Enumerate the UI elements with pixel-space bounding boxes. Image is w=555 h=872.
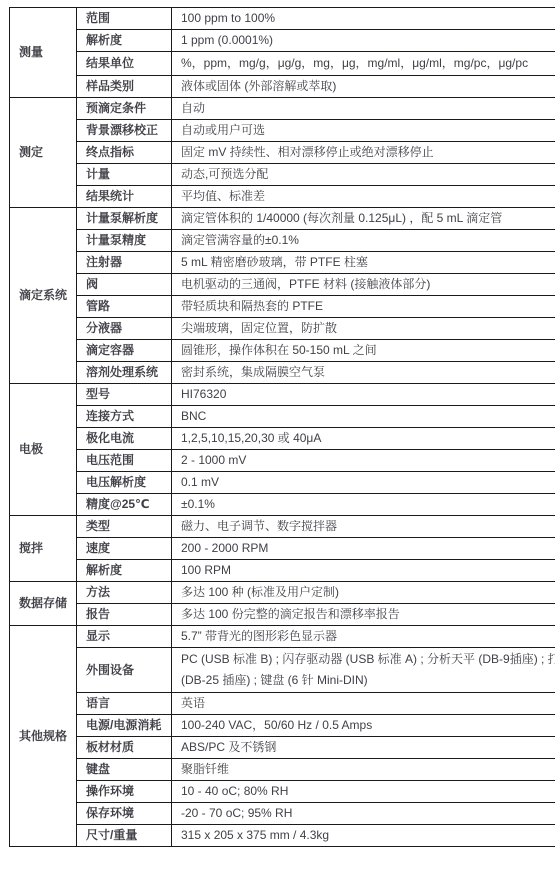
spec-value-cell: 密封系统，集成隔膜空气泵 (172, 362, 555, 384)
table-row: 测量 范围 100 ppm to 100% (10, 8, 555, 30)
spec-name-cell: 保存环境 (77, 803, 172, 825)
table-row: 其他规格 显示 5.7” 带背光的图形彩色显示器 (10, 626, 555, 648)
spec-name-cell: 溶剂处理系统 (77, 362, 172, 384)
spec-value-cell: 自动 (172, 98, 555, 120)
spec-value-cell: 自动或用户可选 (172, 120, 555, 142)
spec-value-cell: 滴定管体积的 1/40000 (每次剂量 0.125μL) ，配 5 mL 滴定… (172, 208, 555, 230)
spec-value-cell: 带轻质块和隔热套的 PTFE (172, 296, 555, 318)
table-row: 连接方式 BNC (10, 406, 555, 428)
spec-value-cell: PC (USB 标准 B) ; 闪存驱动器 (USB 标准 A) ; 分析天平 … (172, 648, 555, 693)
spec-name-cell: 型号 (77, 384, 172, 406)
spec-value-cell: 5.7” 带背光的图形彩色显示器 (172, 626, 555, 648)
table-row: 注射器 5 mL 精密磨砂玻璃，带 PTFE 柱塞 (10, 252, 555, 274)
table-row: 报告 多达 100 份完整的滴定报告和漂移率报告 (10, 604, 555, 626)
spec-sheet-page: 测量 范围 100 ppm to 100% 解析度 1 ppm (0.0001%… (0, 0, 555, 872)
spec-value-cell: 5 mL 精密磨砂玻璃，带 PTFE 柱塞 (172, 252, 555, 274)
spec-name-cell: 类型 (77, 516, 172, 538)
spec-name-cell: 极化电流 (77, 428, 172, 450)
spec-value-cell: ABS/PC 及不锈钢 (172, 737, 555, 759)
spec-value-cell: 100-240 VAC，50/60 Hz / 0.5 Amps (172, 715, 555, 737)
spec-table-container: 测量 范围 100 ppm to 100% 解析度 1 ppm (0.0001%… (9, 7, 555, 847)
spec-name-cell: 显示 (77, 626, 172, 648)
spec-name-cell: 管路 (77, 296, 172, 318)
spec-name-cell: 分液器 (77, 318, 172, 340)
spec-name-cell: 操作环境 (77, 781, 172, 803)
spec-name-cell: 范围 (77, 8, 172, 30)
table-row: 搅拌 类型 磁力、电子调节、数字搅拌器 (10, 516, 555, 538)
section-category-cell: 测定 (10, 98, 77, 208)
table-row: 滴定容器 圆锥形，操作体积在 50-150 mL 之间 (10, 340, 555, 362)
spec-name-cell: 精度@25℃ (77, 494, 172, 516)
section-category-cell: 测量 (10, 8, 77, 98)
spec-value-cell: ±0.1% (172, 494, 555, 516)
table-row: 极化电流 1,2,5,10,15,20,30 或 40μA (10, 428, 555, 450)
table-row: 终点指标 固定 mV 持续性、相对漂移停止或绝对漂移停止 (10, 142, 555, 164)
table-row: 计量泵精度 滴定管满容量的±0.1% (10, 230, 555, 252)
spec-value-cell: 200 - 2000 RPM (172, 538, 555, 560)
spec-value-cell: 平均值、标准差 (172, 186, 555, 208)
spec-value-cell: -20 - 70 oC; 95% RH (172, 803, 555, 825)
table-row: 语言 英语 (10, 693, 555, 715)
spec-value-cell: 磁力、电子调节、数字搅拌器 (172, 516, 555, 538)
spec-value-cell: 100 RPM (172, 560, 555, 582)
spec-name-cell: 报告 (77, 604, 172, 626)
spec-name-cell: 滴定容器 (77, 340, 172, 362)
spec-value-cell: 0.1 mV (172, 472, 555, 494)
spec-value-cell: 电机驱动的三通阀，PTFE 材料 (接触液体部分) (172, 274, 555, 296)
table-row: 数据存储 方法 多达 100 种 (标准及用户定制) (10, 582, 555, 604)
spec-name-cell: 背景漂移校正 (77, 120, 172, 142)
spec-value-cell: 动态,可预选分配 (172, 164, 555, 186)
spec-name-cell: 结果统计 (77, 186, 172, 208)
table-row: 解析度 1 ppm (0.0001%) (10, 30, 555, 52)
spec-name-cell: 尺寸/重量 (77, 825, 172, 847)
table-row: 背景漂移校正 自动或用户可选 (10, 120, 555, 142)
table-row: 板材材质 ABS/PC 及不锈钢 (10, 737, 555, 759)
spec-name-cell: 计量泵解析度 (77, 208, 172, 230)
spec-name-cell: 预滴定条件 (77, 98, 172, 120)
table-row: 外围设备 PC (USB 标准 B) ; 闪存驱动器 (USB 标准 A) ; … (10, 648, 555, 693)
table-row: 阀 电机驱动的三通阀，PTFE 材料 (接触液体部分) (10, 274, 555, 296)
spec-name-cell: 解析度 (77, 560, 172, 582)
table-row: 尺寸/重量 315 x 205 x 375 mm / 4.3kg (10, 825, 555, 847)
table-row: 解析度 100 RPM (10, 560, 555, 582)
spec-name-cell: 样品类别 (77, 76, 172, 98)
spec-name-cell: 键盘 (77, 759, 172, 781)
spec-name-cell: 终点指标 (77, 142, 172, 164)
spec-value-cell: 多达 100 份完整的滴定报告和漂移率报告 (172, 604, 555, 626)
table-row: 管路 带轻质块和隔热套的 PTFE (10, 296, 555, 318)
spec-name-cell: 速度 (77, 538, 172, 560)
spec-value-cell: 聚脂钎维 (172, 759, 555, 781)
spec-value-cell: 2 - 1000 mV (172, 450, 555, 472)
spec-value-cell: 固定 mV 持续性、相对漂移停止或绝对漂移停止 (172, 142, 555, 164)
section-category-cell: 电极 (10, 384, 77, 516)
table-row: 结果单位 %，ppm，mg/g，μg/g，mg，μg，mg/ml，μg/ml，m… (10, 52, 555, 76)
table-row: 电源/电源消耗 100-240 VAC，50/60 Hz / 0.5 Amps (10, 715, 555, 737)
table-row: 结果统计 平均值、标准差 (10, 186, 555, 208)
section-category-cell: 搅拌 (10, 516, 77, 582)
spec-value-cell: 多达 100 种 (标准及用户定制) (172, 582, 555, 604)
spec-name-cell: 板材材质 (77, 737, 172, 759)
section-category-cell: 滴定系统 (10, 208, 77, 384)
spec-name-cell: 阀 (77, 274, 172, 296)
spec-name-cell: 注射器 (77, 252, 172, 274)
table-row: 速度 200 - 2000 RPM (10, 538, 555, 560)
spec-name-cell: 解析度 (77, 30, 172, 52)
table-row: 电极 型号 HI76320 (10, 384, 555, 406)
spec-name-cell: 连接方式 (77, 406, 172, 428)
table-row: 电压解析度 0.1 mV (10, 472, 555, 494)
spec-value-cell: BNC (172, 406, 555, 428)
spec-name-cell: 电压范围 (77, 450, 172, 472)
table-row: 操作环境 10 - 40 oC; 80% RH (10, 781, 555, 803)
table-row: 电压范围 2 - 1000 mV (10, 450, 555, 472)
table-row: 保存环境 -20 - 70 oC; 95% RH (10, 803, 555, 825)
spec-value-cell: 圆锥形，操作体积在 50-150 mL 之间 (172, 340, 555, 362)
spec-value-cell: 100 ppm to 100% (172, 8, 555, 30)
section-category-cell: 数据存储 (10, 582, 77, 626)
table-row: 精度@25℃ ±0.1% (10, 494, 555, 516)
spec-value-cell: 滴定管满容量的±0.1% (172, 230, 555, 252)
table-row: 分液器 尖端玻璃，固定位置，防扩散 (10, 318, 555, 340)
spec-value-cell: %，ppm，mg/g，μg/g，mg，μg，mg/ml，μg/ml，mg/pc，… (172, 52, 555, 76)
table-row: 溶剂处理系统 密封系统，集成隔膜空气泵 (10, 362, 555, 384)
spec-name-cell: 语言 (77, 693, 172, 715)
spec-value-cell: 315 x 205 x 375 mm / 4.3kg (172, 825, 555, 847)
spec-value-cell: 英语 (172, 693, 555, 715)
specifications-table: 测量 范围 100 ppm to 100% 解析度 1 ppm (0.0001%… (9, 7, 555, 847)
table-row: 键盘 聚脂钎维 (10, 759, 555, 781)
table-row: 计量 动态,可预选分配 (10, 164, 555, 186)
spec-name-cell: 方法 (77, 582, 172, 604)
table-row: 测定 预滴定条件 自动 (10, 98, 555, 120)
spec-value-cell: 1,2,5,10,15,20,30 或 40μA (172, 428, 555, 450)
spec-name-cell: 电源/电源消耗 (77, 715, 172, 737)
spec-name-cell: 结果单位 (77, 52, 172, 76)
spec-name-cell: 计量 (77, 164, 172, 186)
spec-value-cell: 尖端玻璃，固定位置，防扩散 (172, 318, 555, 340)
table-row: 滴定系统 计量泵解析度 滴定管体积的 1/40000 (每次剂量 0.125μL… (10, 208, 555, 230)
spec-name-cell: 电压解析度 (77, 472, 172, 494)
spec-name-cell: 外围设备 (77, 648, 172, 693)
spec-value-cell: 液体或固体 (外部溶解或萃取) (172, 76, 555, 98)
spec-value-cell: HI76320 (172, 384, 555, 406)
section-category-cell: 其他规格 (10, 626, 77, 847)
spec-value-cell: 1 ppm (0.0001%) (172, 30, 555, 52)
table-row: 样品类别 液体或固体 (外部溶解或萃取) (10, 76, 555, 98)
spec-value-cell: 10 - 40 oC; 80% RH (172, 781, 555, 803)
spec-name-cell: 计量泵精度 (77, 230, 172, 252)
